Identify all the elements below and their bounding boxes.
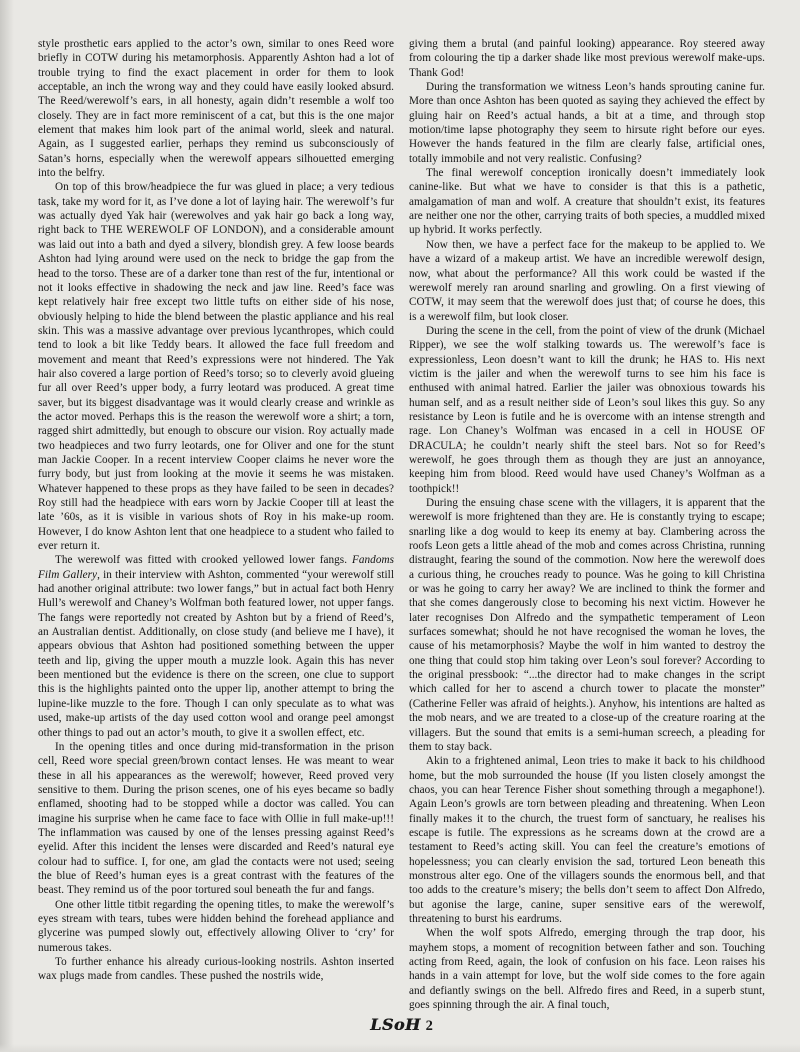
page-footer: LSoH2 [38,1015,765,1035]
paragraph-text: The werewolf was fitted with crooked yel… [55,554,352,566]
paragraph: Now then, we have a perfect face for the… [409,238,765,324]
paragraph: Akin to a frightened animal, Leon tries … [409,754,765,926]
paragraph-text: When the wolf spots Alfredo, emerging th… [409,927,765,1011]
scan-gutter-shadow [0,0,14,1052]
paragraph: One other little titbit regarding the op… [38,898,394,955]
scan-bottom-shadow [0,1044,800,1052]
paragraph: style prosthetic ears applied to the act… [38,37,394,180]
paragraph-text: To further enhance his already curious-l… [38,956,394,982]
paragraph-text: style prosthetic ears applied to the act… [38,38,394,179]
paragraph: During the ensuing chase scene with the … [409,496,765,754]
paragraph: giving them a brutal (and painful lookin… [409,37,765,80]
scanned-zine-page: { "footer": { "magazine_initials": "LSoH… [0,0,800,1052]
paragraph-text: During the scene in the cell, from the p… [409,325,765,495]
paragraph: When the wolf spots Alfredo, emerging th… [409,926,765,1012]
page-number: 2 [426,1018,433,1034]
article-page: style prosthetic ears applied to the act… [38,37,765,1035]
paragraph: The final werewolf conception ironically… [409,166,765,238]
zine-logo: LSoH [370,1015,421,1034]
paragraph-text: One other little titbit regarding the op… [38,899,394,954]
paragraph-text: giving them a brutal (and painful lookin… [409,38,765,79]
paragraph-text: The final werewolf conception ironically… [409,167,765,236]
paragraph: To further enhance his already curious-l… [38,955,394,984]
paragraph-text: During the transformation we witness Leo… [409,81,765,165]
paragraph: The werewolf was fitted with crooked yel… [38,553,394,739]
text-column-right: giving them a brutal (and painful lookin… [409,37,765,1012]
paragraph: On top of this brow/headpiece the fur wa… [38,180,394,553]
article-columns: style prosthetic ears applied to the act… [38,37,765,1012]
paragraph-text: , in their interview with Ashton, commen… [38,569,394,739]
paragraph: During the scene in the cell, from the p… [409,324,765,496]
paragraph-text: Now then, we have a perfect face for the… [409,239,765,323]
paragraph-text: During the ensuing chase scene with the … [409,497,765,753]
paragraph-text: On top of this brow/headpiece the fur wa… [38,181,394,552]
paragraph: During the transformation we witness Leo… [409,80,765,166]
paragraph-text: In the opening titles and once during mi… [38,741,394,896]
paragraph: In the opening titles and once during mi… [38,740,394,898]
text-column-left: style prosthetic ears applied to the act… [38,37,394,1012]
paragraph-text: Akin to a frightened animal, Leon tries … [409,755,765,925]
